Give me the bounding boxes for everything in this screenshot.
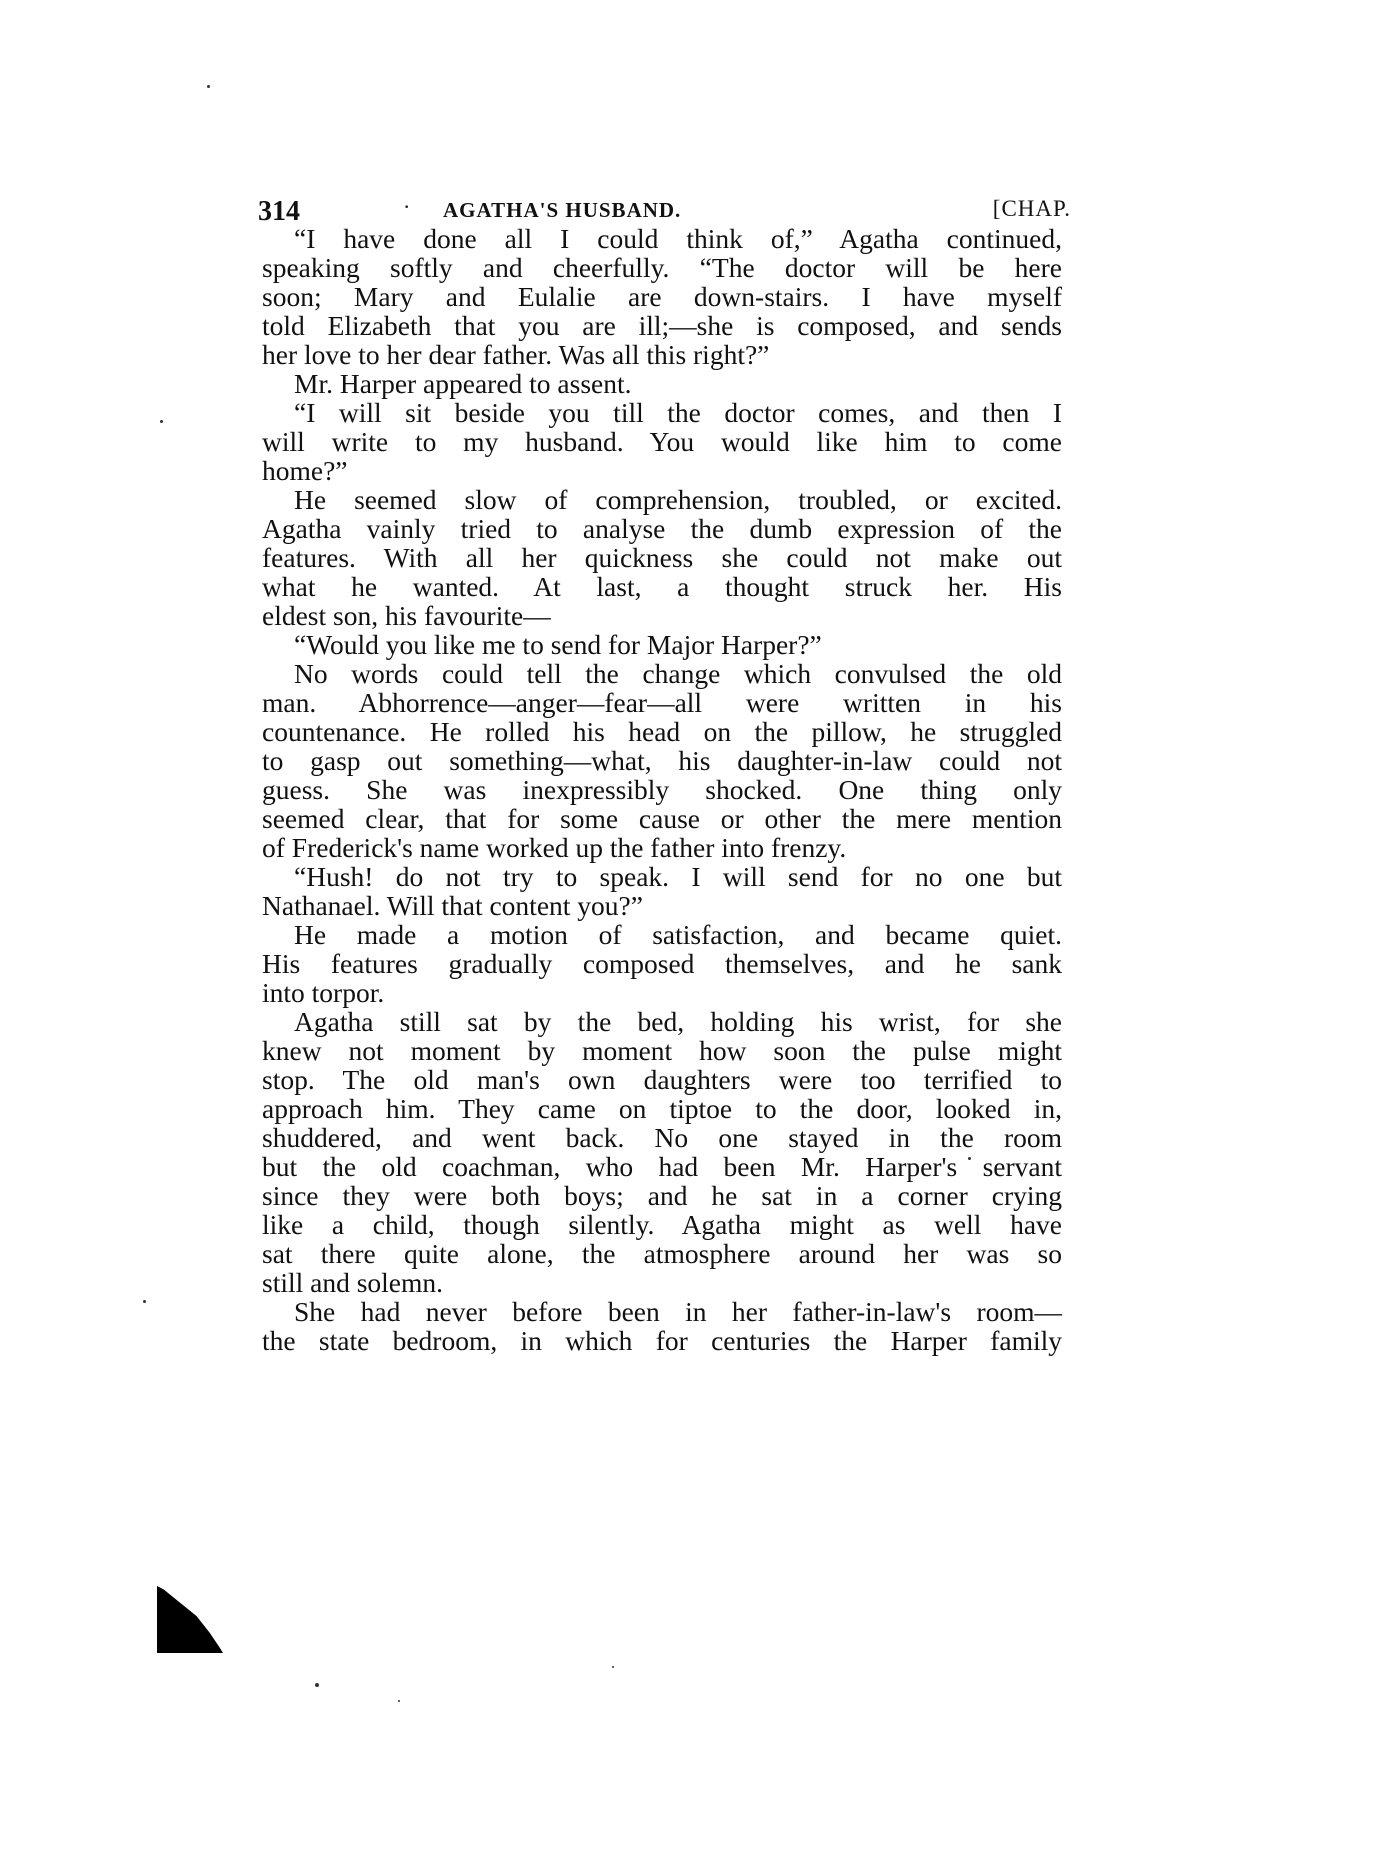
text-line: what he wanted. At last, a thought struc…: [262, 572, 1062, 601]
text-line: eldest son, his favourite—: [262, 601, 1062, 630]
text-line: shuddered, and went back. No one stayed …: [262, 1123, 1062, 1152]
text-line: “I will sit beside you till the doctor c…: [262, 398, 1062, 427]
text-line: sat there quite alone, the atmosphere ar…: [262, 1239, 1062, 1268]
scan-speck: [612, 1666, 614, 1668]
text-line: the state bedroom, in which for centurie…: [262, 1326, 1062, 1355]
text-line: her love to her dear father. Was all thi…: [262, 340, 1062, 369]
text-line: No words could tell the change which con…: [262, 659, 1062, 688]
text-line: “I have done all I could think of,” Agat…: [262, 224, 1062, 253]
scan-speck: [143, 1300, 146, 1303]
text-line: man. Abhorrence—anger—fear—all were writ…: [262, 688, 1062, 717]
text-line: “Would you like me to send for Major Har…: [262, 630, 1062, 659]
text-line: stop. The old man's own daughters were t…: [262, 1065, 1062, 1094]
scan-speck: [315, 1683, 319, 1687]
text-line: guess. She was inexpressibly shocked. On…: [262, 775, 1062, 804]
scan-speck: [398, 1700, 400, 1702]
text-line: home?”: [262, 456, 1062, 485]
text-line: will write to my husband. You would like…: [262, 427, 1062, 456]
text-line: She had never before been in her father-…: [262, 1297, 1062, 1326]
text-line: He made a motion of satisfaction, and be…: [262, 920, 1062, 949]
book-title: AGATHA'S HUSBAND.: [443, 198, 681, 223]
body-text: “I have done all I could think of,” Agat…: [262, 224, 1062, 1355]
text-line: Agatha vainly tried to analyse the dumb …: [262, 514, 1062, 543]
text-line: Agatha still sat by the bed, holding his…: [262, 1007, 1062, 1036]
text-line: His features gradually composed themselv…: [262, 949, 1062, 978]
text-line: to gasp out something—what, his daughter…: [262, 746, 1062, 775]
scan-speck: [207, 85, 210, 88]
scan-blot-mark: [157, 1586, 223, 1653]
book-page: 314 · AGATHA'S HUSBAND. [CHAP. “I have d…: [0, 0, 1400, 1850]
text-line: soon; Mary and Eulalie are down-stairs. …: [262, 282, 1062, 311]
text-line: but the old coachman, who had been Mr. H…: [262, 1152, 1062, 1181]
text-line: told Elizabeth that you are ill;—she is …: [262, 311, 1062, 340]
running-head-separator: ·: [403, 194, 410, 220]
text-line: He seemed slow of comprehension, trouble…: [262, 485, 1062, 514]
text-line: knew not moment by moment how soon the p…: [262, 1036, 1062, 1065]
text-line: into torpor.: [262, 978, 1062, 1007]
text-line: still and solemn.: [262, 1268, 1062, 1297]
text-line: since they were both boys; and he sat in…: [262, 1181, 1062, 1210]
text-line: features. With all her quickness she cou…: [262, 543, 1062, 572]
chapter-label: [CHAP.: [993, 196, 1071, 222]
text-line: Nathanael. Will that content you?”: [262, 891, 1062, 920]
text-line: “Hush! do not try to speak. I will send …: [262, 862, 1062, 891]
text-line: countenance. He rolled his head on the p…: [262, 717, 1062, 746]
scan-speck: [160, 420, 163, 423]
text-line: Mr. Harper appeared to assent.: [262, 369, 1062, 398]
text-line: approach him. They came on tiptoe to the…: [262, 1094, 1062, 1123]
text-line: seemed clear, that for some cause or oth…: [262, 804, 1062, 833]
scan-speck: [968, 1157, 971, 1160]
text-line: speaking softly and cheerfully. “The doc…: [262, 253, 1062, 282]
text-line: like a child, though silently. Agatha mi…: [262, 1210, 1062, 1239]
text-line: of Frederick's name worked up the father…: [262, 833, 1062, 862]
